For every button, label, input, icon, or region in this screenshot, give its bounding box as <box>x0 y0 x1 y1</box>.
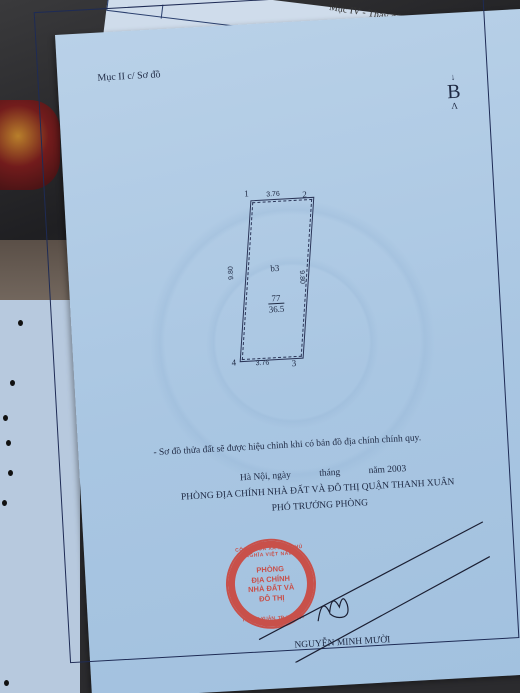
certificate-page: Mục II c/ Sơ đồ ↓ B Ʌ 1 2 3 4 3.76 3.76 … <box>55 9 520 693</box>
north-indicator: ↓ B Ʌ <box>443 72 465 111</box>
land-plot-diagram: 1 2 3 4 3.76 3.76 9.80 9.80 b3 77 36.5 <box>224 191 313 360</box>
corner-4: 4 <box>231 357 236 367</box>
corner-1: 1 <box>244 188 249 198</box>
corner-3: 3 <box>291 358 296 368</box>
date-month: tháng <box>319 468 341 479</box>
date-year: năm 2003 <box>368 464 406 476</box>
right-edge-length: 9.80 <box>298 270 306 284</box>
bottom-edge-length: 3.76 <box>255 360 269 368</box>
parcel-area: 36.5 <box>268 304 284 315</box>
map-sheet-code: b3 <box>270 263 280 273</box>
left-edge-length: 9.80 <box>227 266 235 280</box>
north-letter: B <box>443 81 464 102</box>
parcel-fraction: 77 36.5 <box>268 293 285 315</box>
top-edge-length: 3.76 <box>266 191 280 199</box>
corner-2: 2 <box>302 189 307 199</box>
